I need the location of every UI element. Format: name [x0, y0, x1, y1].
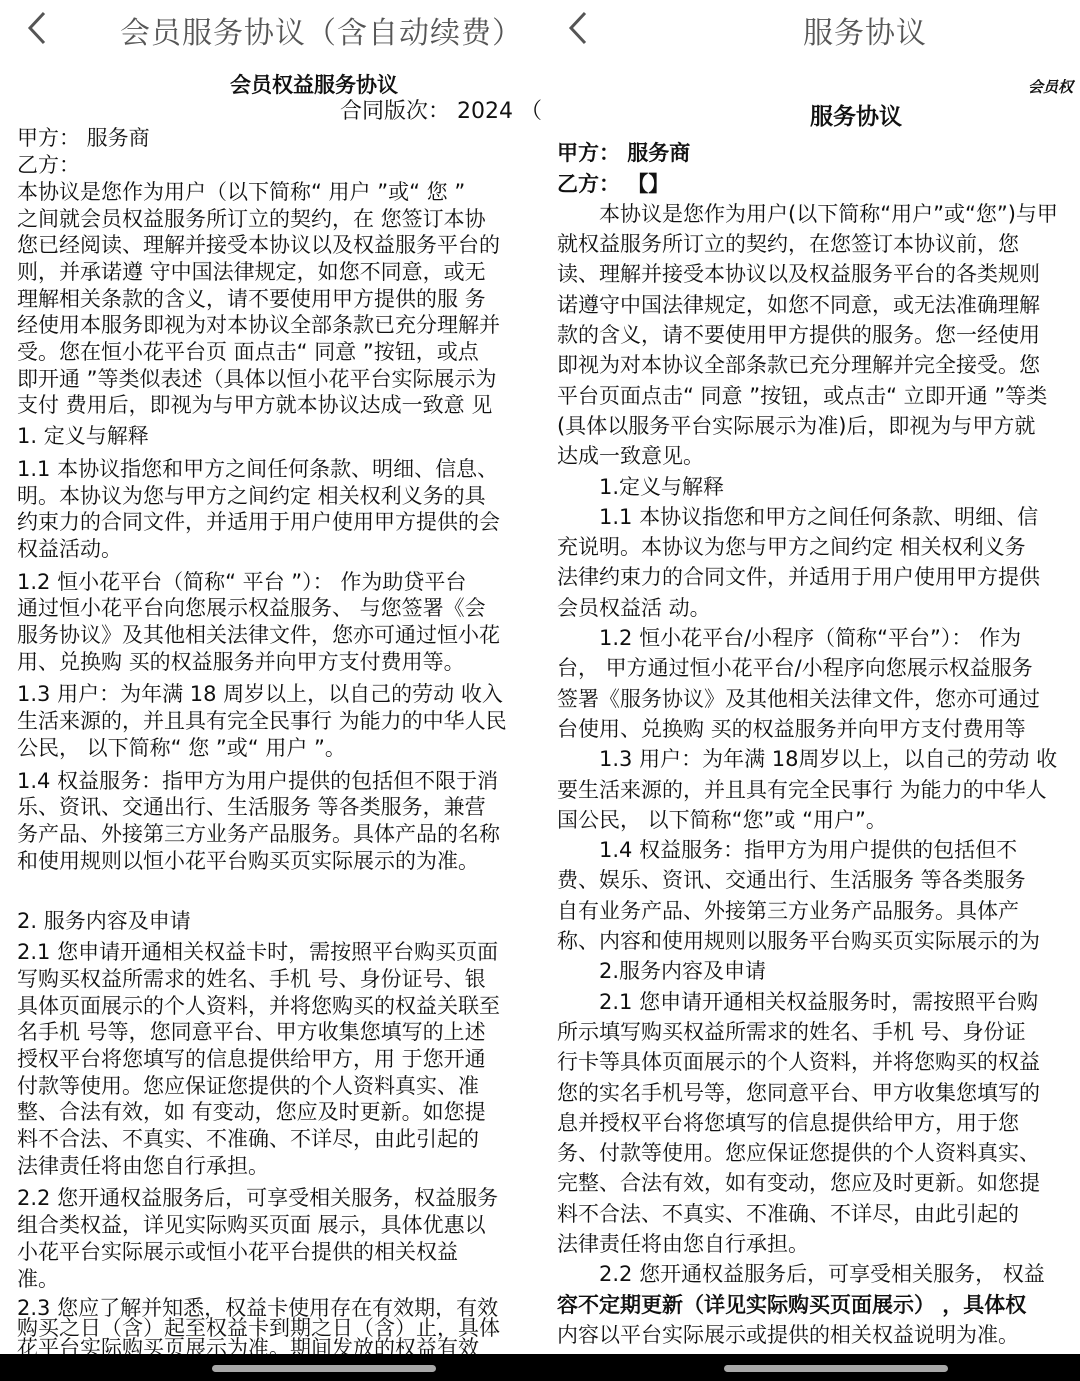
doc-line: 充说明。本协议为您与甲方之间约定 相关权利义务 [557, 532, 1080, 562]
doc-line: 2.1 您申请开通相关权益服务时，需按照平台购 [557, 987, 1080, 1017]
doc-line: 诺遵守中国法律规定，如您不同意，或无法准确理解 [557, 290, 1080, 320]
section-heading: 2. 服务内容及申请 [17, 908, 541, 935]
doc-line: 法律责任将由您自行承担。 [557, 1229, 1080, 1259]
party-a: 甲方： 服务商 [557, 138, 1080, 168]
doc-line: 料不合法、不真实、不准确、不详尽，由此引起的 [17, 1126, 541, 1153]
doc-line: 2.3 您应了解并知悉，权益卡使用存在有效期，有效 [17, 1298, 541, 1318]
top-app-bar: 会员服务协议（含自动续费） [0, 0, 541, 58]
doc-line: 付款等使用。您应保证您提供的个人资料真实、准 [17, 1073, 541, 1100]
doc-line: 息并授权平台将您填写的信息提供给甲方，用于您 [557, 1108, 1080, 1138]
doc-line: 名手机 号等，您同意平台、甲方收集您填写的上述 [17, 1019, 541, 1046]
system-nav-bar [0, 1354, 541, 1381]
doc-line: 平台页面点击“ 同意 ”按钮，或点击“ 立即开通 ”等类 [557, 381, 1080, 411]
doc-line: 之间就会员权益服务所订立的契约，在 您签订本协 [17, 206, 541, 233]
doc-line: 则，并承诺遵 守中国法律规定，如您不同意，或无 [17, 259, 541, 286]
doc-line: 1.1 本协议指您和甲方之间任何条款、明细、信息、 [17, 456, 541, 483]
document-heading: 会员权益服务协议 [17, 72, 541, 99]
doc-line: 您的实名手机号等，您同意平台、甲方收集您填写的 [557, 1078, 1080, 1108]
section-heading: 1. 定义与解释 [17, 423, 541, 450]
doc-line: 会员权益活 动。 [557, 593, 1080, 623]
doc-line: 读、理解并接受本协议以及权益服务平台的各类规则 [557, 259, 1080, 289]
doc-line: 签署《服务协议》及其他相关法律文件，您亦可通过 [557, 684, 1080, 714]
chevron-left-icon [22, 8, 52, 48]
doc-line: 和使用规则以恒小花平台购买页实际展示的为准。 [17, 848, 541, 875]
doc-line: 写购买权益所需求的姓名、手机 号、身份证号、银 [17, 966, 541, 993]
section-heading: 2.服务内容及申请 [557, 956, 1080, 986]
doc-line: 公民， 以下简称“ 您 ”或“ 用户 ”。 [17, 735, 541, 762]
doc-line: 购买之日（含）起至权益卡到期之日（含）止，具体 [17, 1318, 541, 1338]
doc-line: 法律责任将由您自行承担。 [17, 1153, 541, 1180]
doc-line: 约束力的合同文件，并适用于用户使用甲方提供的会 [17, 509, 541, 536]
back-button[interactable] [563, 8, 593, 48]
doc-line: 1.4 权益服务：指甲方为用户提供的包括但不 [557, 835, 1080, 865]
gesture-handle[interactable] [212, 1365, 436, 1372]
doc-line: 国公民， 以下简称“您”或 “用户”。 [557, 805, 1080, 835]
doc-line: (具体以服务平台实际展示为准)后，即视为与甲方就 [557, 411, 1080, 441]
right-screen: 服务协议 会员权 服务协议 甲方： 服务商 乙方： 【】 本协议是您作为用户(以… [541, 0, 1080, 1381]
doc-line: 就权益服务所订立的契约，在您签订本协议前，您 [557, 229, 1080, 259]
doc-line: 务、付款等使用。您应保证您提供的个人资料真实、 [557, 1138, 1080, 1168]
doc-line: 您已经阅读、理解并接受本协议以及权益服务平台的 [17, 232, 541, 259]
doc-line: 内容以平台实际展示或提供的相关权益说明为准。 [557, 1320, 1080, 1350]
doc-line: 1.3 用户：为年满 18 周岁以上，以自己的劳动 收入 [17, 681, 541, 708]
doc-line: 理解相关条款的含义，请不要使用甲方提供的服 务 [17, 286, 541, 313]
top-app-bar: 服务协议 [541, 0, 1080, 58]
doc-line: 授权平台将您填写的信息提供给甲方，用 于您开通 [17, 1046, 541, 1073]
doc-line: 准。 [17, 1266, 541, 1293]
doc-line: 组合类权益，详见实际购买页面 展示，具体优惠以 [17, 1212, 541, 1239]
doc-line-bold: 容不定期更新（详见实际购买页面展示） ，具体权 [557, 1290, 1080, 1320]
doc-line: 料不合法、不真实、不准确、不详尽，由此引起的 [557, 1199, 1080, 1229]
doc-line: 本协议是您作为用户(以下简称“用户”或“您”)与甲 [557, 199, 1080, 229]
doc-line: 1.2 恒小花平台（简称“ 平台 ”）： 作为助贷平台 [17, 569, 541, 596]
doc-line: 款的含义，请不要使用甲方提供的服务。您一经使用 [557, 320, 1080, 350]
doc-line: 完整、合法有效，如有变动，您应及时更新。如您提 [557, 1168, 1080, 1198]
doc-line: 乐、资讯、交通出行、生活服务 等各类服务，兼营 [17, 794, 541, 821]
party-a: 甲方： 服务商 [17, 125, 541, 152]
doc-line: 权益活动。 [17, 536, 541, 563]
blank-line [17, 874, 541, 908]
doc-line: 整、合法有效，如 有变动，您应及时更新。如您提 [17, 1099, 541, 1126]
doc-line: 1.2 恒小花平台/小程序（简称“平台”）： 作为 [557, 623, 1080, 653]
doc-line: 1.4 权益服务：指甲方为用户提供的包括但不限于消 [17, 768, 541, 795]
doc-line: 受。您在恒小花平台页 面点击“ 同意 ”按钮，或点 [17, 339, 541, 366]
doc-line: 行卡等具体页面展示的个人资料，并将您购买的权益 [557, 1047, 1080, 1077]
doc-line: 所示填写购买权益所需求的姓名、手机 号、身份证 [557, 1017, 1080, 1047]
doc-line: 即开通 ”等类似表述（具体以恒小花平台实际展示为 [17, 366, 541, 393]
doc-line: 1.3 用户：为年满 18周岁以上，以自己的劳动 收 [557, 744, 1080, 774]
contract-version: 合同版次： 2024 （ [17, 99, 541, 126]
doc-line: 法律约束力的合同文件，并适用于用户使用甲方提供 [557, 562, 1080, 592]
doc-line: 服务协议》及其他相关法律文件，您亦可通过恒小花 [17, 622, 541, 649]
doc-line: 本协议是您作为用户（以下简称“ 用户 ”或“ 您 ” [17, 179, 541, 206]
doc-line: 2.1 您申请开通相关权益卡时，需按照平台购买页面 [17, 939, 541, 966]
doc-line: 费、娱乐、资讯、交通出行、生活服务 等各类服务 [557, 865, 1080, 895]
doc-line: 生活来源的，并且具有完全民事行 为能力的中华人民 [17, 708, 541, 735]
doc-line: 用、兑换购 买的权益服务并向甲方支付费用等。 [17, 649, 541, 676]
left-screen: 会员服务协议（含自动续费） 会员权益服务协议 合同版次： 2024 （ 甲方： … [0, 0, 541, 1381]
doc-line: 称、内容和使用规则以服务平台购买页实际展示的为 [557, 926, 1080, 956]
doc-line: 台使用、兑换购 买的权益服务并向甲方支付费用等 [557, 714, 1080, 744]
doc-line: 务产品、外接第三方业务产品服务。具体产品的名称 [17, 821, 541, 848]
doc-line: 通过恒小花平台向您展示权益服务、 与您签署《会 [17, 595, 541, 622]
party-b: 乙方： [17, 152, 541, 179]
party-b: 乙方： 【】 [557, 169, 1080, 199]
agreement-document: 服务协议 甲方： 服务商 乙方： 【】 本协议是您作为用户(以下简称“用户”或“… [557, 72, 1080, 1380]
section-heading: 1.定义与解释 [557, 472, 1080, 502]
doc-line: 小花平台实际展示或恒小花平台提供的相关权益 [17, 1239, 541, 1266]
document-heading: 服务协议 [557, 102, 1080, 132]
doc-line: 明。本协议为您与甲方之间约定 相关权利义务的具 [17, 483, 541, 510]
doc-line: 即视为对本协议全部条款已充分理解并完全接受。您 [557, 350, 1080, 380]
agreement-document: 会员权益服务协议 合同版次： 2024 （ 甲方： 服务商 乙方： 本协议是您作… [17, 72, 541, 1378]
doc-line: 台， 甲方通过恒小花平台/小程序向您展示权益服务 [557, 653, 1080, 683]
gesture-handle[interactable] [724, 1365, 948, 1372]
doc-line: 具体页面展示的个人资料，并将您购买的权益关联至 [17, 993, 541, 1020]
doc-line: 2.2 您开通权益服务后，可享受相关服务，权益服务 [17, 1185, 541, 1212]
doc-line: 支付 费用后，即视为与甲方就本协议达成一致意 见 [17, 392, 541, 419]
doc-line: 达成一致意见。 [557, 441, 1080, 471]
system-nav-bar [541, 1354, 1080, 1381]
doc-line: 自有业务产品、外接第三方业务产品服务。具体产 [557, 896, 1080, 926]
doc-line: 要生活来源的，并且具有完全民事行 为能力的中华人 [557, 775, 1080, 805]
doc-line: 经使用本服务即视为对本协议全部条款已充分理解并 [17, 312, 541, 339]
doc-line: 2.2 您开通权益服务后，可享受相关服务， 权益 [557, 1259, 1080, 1289]
back-button[interactable] [22, 8, 52, 48]
doc-line: 1.1 本协议指您和甲方之间任何条款、明细、信 [557, 502, 1080, 532]
page-title: 会员服务协议（含自动续费） [120, 8, 523, 52]
chevron-left-icon [563, 8, 593, 48]
page-title: 服务协议 [803, 8, 927, 52]
